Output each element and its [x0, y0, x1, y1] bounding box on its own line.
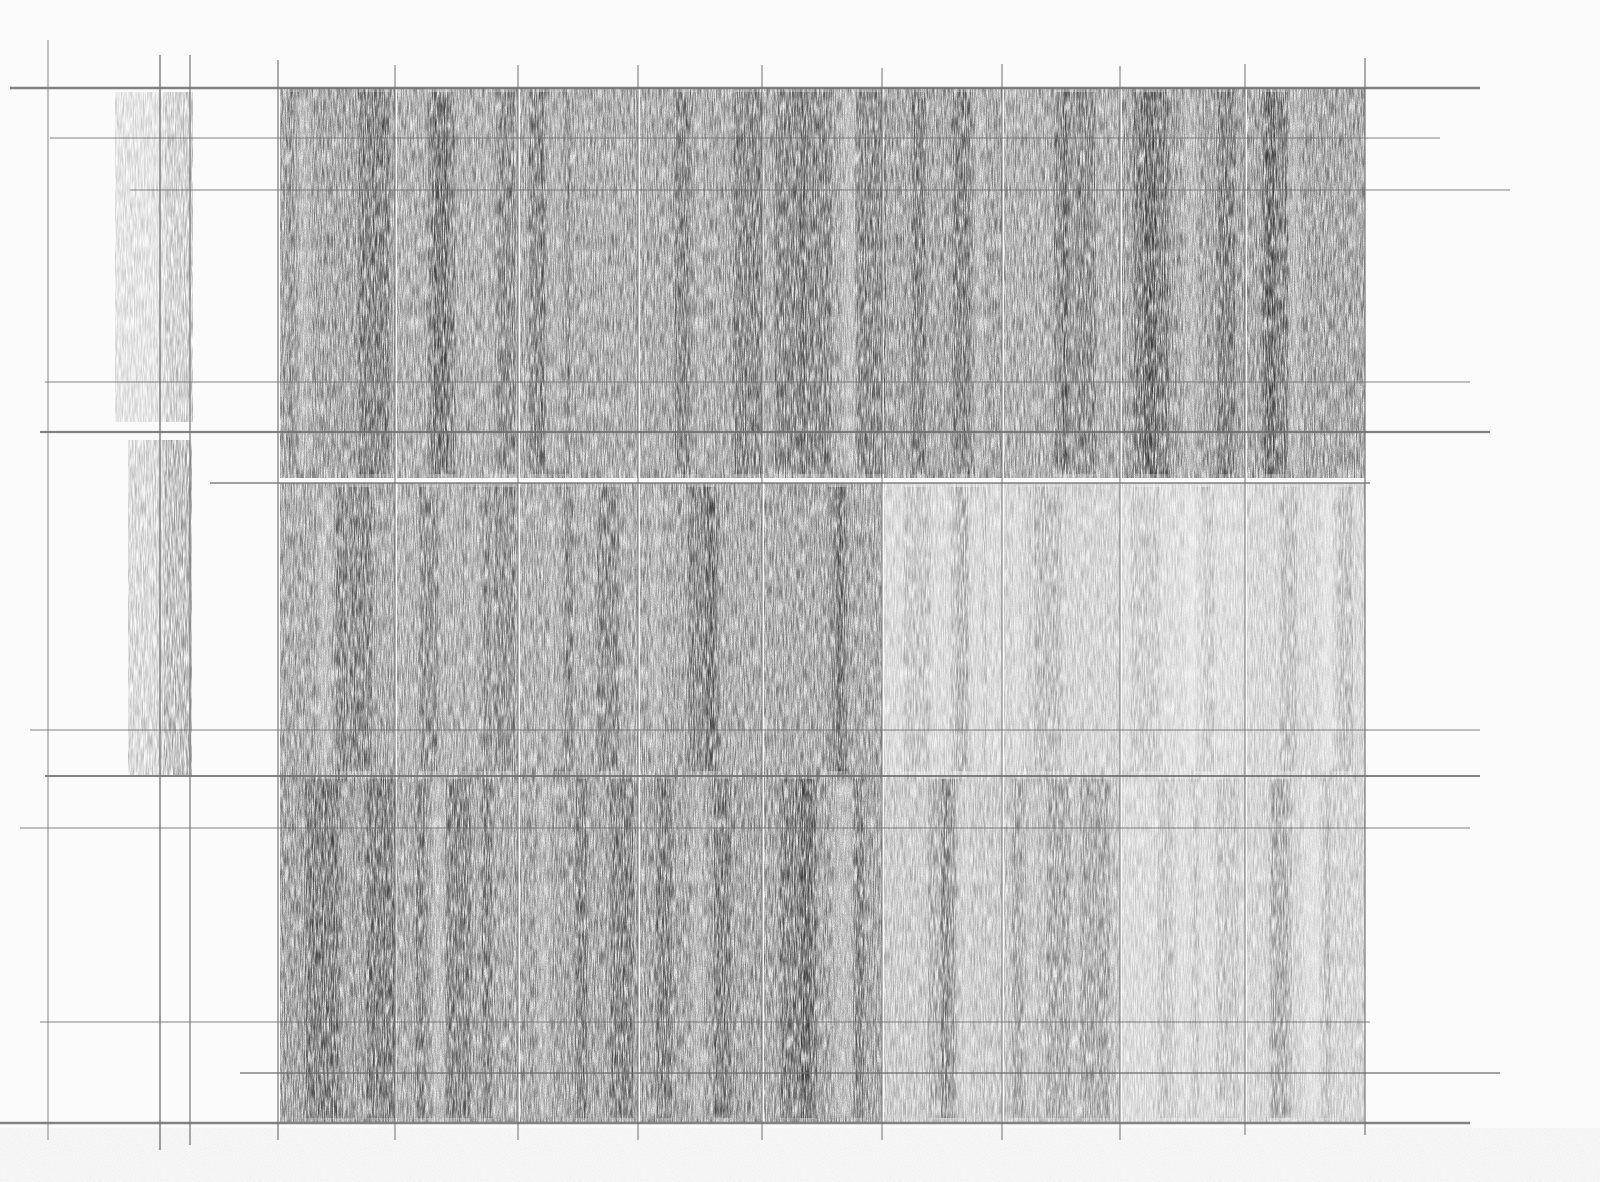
- bottom-row-panel-1: [280, 775, 397, 1122]
- middle-row-panel-6: [884, 483, 1002, 775]
- top-row-panel-4: [640, 88, 764, 478]
- graphite-drawing: [0, 0, 1600, 1182]
- top-row-panel-8: [1122, 88, 1245, 478]
- middle-row-panel-5: [764, 483, 882, 775]
- top-row-panel-2: [397, 88, 518, 478]
- middle-row-panel-9: [1247, 483, 1365, 775]
- middle-row-panel-2: [397, 483, 518, 775]
- top-row-panel-9: [1247, 88, 1365, 478]
- top-row-panel-6: [884, 88, 1002, 478]
- left-strip-top: [115, 92, 193, 422]
- middle-row-panel-3: [520, 483, 638, 775]
- bottom-row-panel-7: [1004, 775, 1120, 1122]
- top-row-panel-5: [764, 88, 886, 478]
- middle-row-panel-7: [1004, 483, 1120, 775]
- top-row-panel-7: [1004, 88, 1120, 478]
- bottom-row-panel-3: [520, 775, 638, 1122]
- middle-row-panel-4: [640, 483, 762, 775]
- top-row-panel-1: [280, 88, 395, 478]
- bottom-row-panel-2: [397, 775, 518, 1122]
- bottom-row-panel-4: [640, 775, 762, 1122]
- middle-row-panel-1: [280, 483, 395, 775]
- bottom-row-panel-5: [764, 775, 882, 1122]
- shaded-panels: [115, 88, 1365, 1122]
- middle-row-panel-8: [1122, 483, 1245, 775]
- top-row-panel-3: [520, 88, 638, 478]
- bottom-row-panel-8: [1122, 775, 1245, 1122]
- bottom-row-panel-9: [1247, 775, 1365, 1122]
- bottom-row-panel-6: [884, 775, 1002, 1122]
